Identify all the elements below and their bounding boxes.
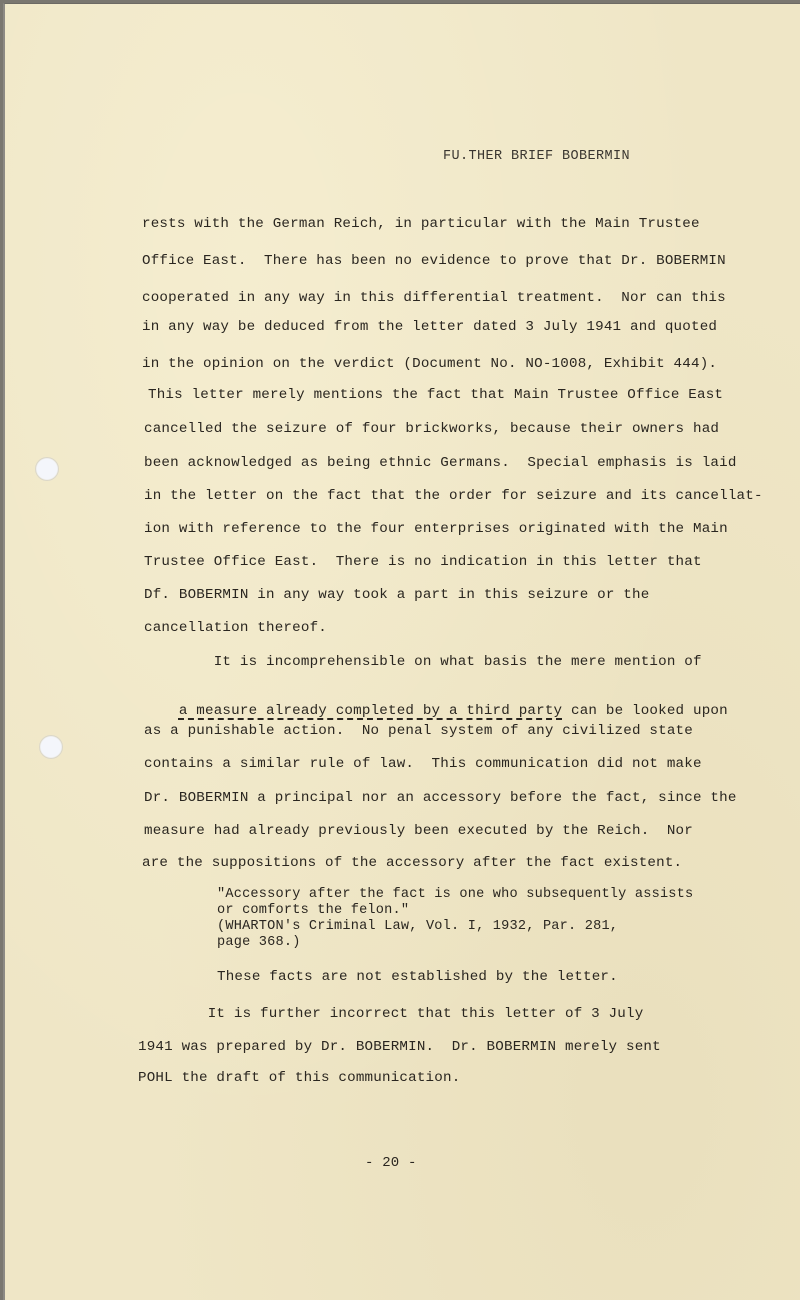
body-line: in the opinion on the verdict (Document … [142,357,717,371]
body-line: in the letter on the fact that the order… [144,489,763,503]
body-line: as a punishable action. No penal system … [144,724,693,738]
document-page: FU.THER BRIEF BOBERMIN rests with the Ge… [3,3,800,1300]
quote-line: (WHARTON's Criminal Law, Vol. I, 1932, P… [217,920,618,934]
body-line: This letter merely mentions the fact tha… [148,388,723,402]
body-line-tail: can be looked upon [562,703,728,719]
quote-line: page 368.) [217,936,301,950]
body-line: Dr. BOBERMIN a principal nor an accessor… [144,791,737,805]
body-line: These facts are not established by the l… [217,970,618,984]
page-number: - 20 - [365,1156,417,1170]
body-line: contains a similar rule of law. This com… [144,757,702,771]
body-line: cancellation thereof. [144,621,327,635]
quote-line: or comforts the felon." [217,904,409,918]
body-line: Office East. There has been no evidence … [142,254,726,268]
punch-hole-top [35,457,59,481]
body-line: been acknowledged as being ethnic German… [144,456,737,470]
body-line: cancelled the seizure of four brickworks… [144,422,719,436]
body-line: It is further incorrect that this letter… [138,1007,643,1021]
page-header: FU.THER BRIEF BOBERMIN [443,150,630,164]
body-line: POHL the draft of this communication. [138,1071,460,1085]
body-line: Df. BOBERMIN in any way took a part in t… [144,588,649,602]
body-line: are the suppositions of the accessory af… [142,856,682,870]
body-line: measure had already previously been exec… [144,824,693,838]
quote-line: "Accessory after the fact is one who sub… [217,888,693,902]
body-line: 1941 was prepared by Dr. BOBERMIN. Dr. B… [138,1040,661,1054]
body-line: Trustee Office East. There is no indicat… [144,555,702,569]
punch-hole-bottom [39,735,63,759]
underlined-phrase: a measure already completed by a third p… [179,703,562,719]
body-line: cooperated in any way in this differenti… [142,291,726,305]
body-line: It is incomprehensible on what basis the… [144,655,702,669]
body-line: rests with the German Reich, in particul… [142,217,700,231]
body-line: in any way be deduced from the letter da… [142,320,717,334]
body-line: ion with reference to the four enterpris… [144,522,728,536]
